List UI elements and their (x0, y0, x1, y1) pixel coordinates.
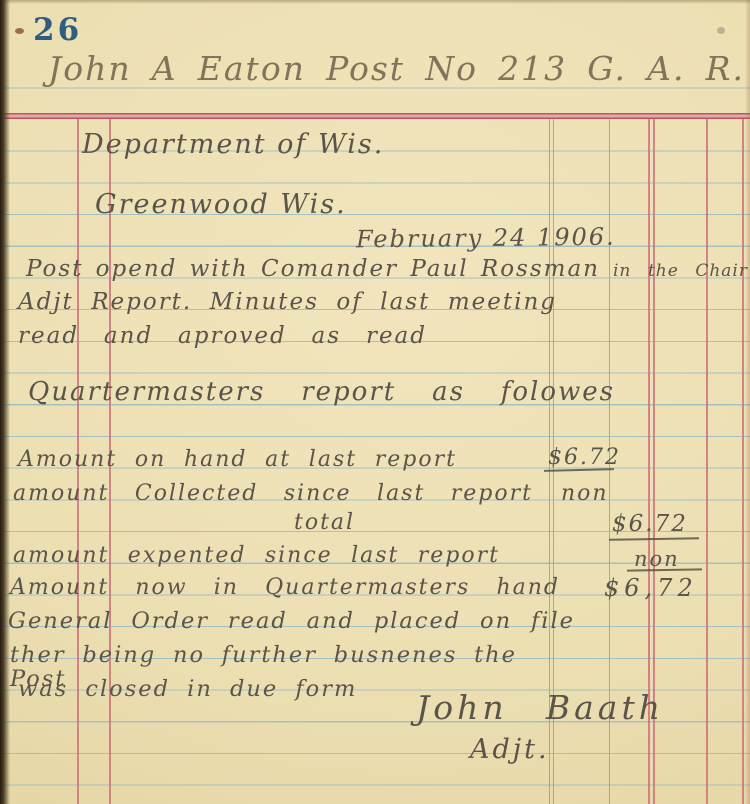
smudge-mark (717, 27, 725, 34)
value-underline (609, 537, 699, 540)
ledger-row-label: amount expented since last report (13, 544, 500, 567)
ledger-row-value: $6,72 (604, 576, 698, 601)
ledger-row-value: $6.72 (548, 446, 621, 469)
ink-speck (15, 28, 24, 34)
approved-line: read and aproved as read (18, 324, 427, 348)
department-line: Department of Wis. (82, 131, 384, 159)
page-edge-top (0, 0, 750, 4)
signature-title: Adjt. (470, 736, 550, 764)
page-edge-left (0, 0, 10, 804)
red-header-rule (0, 113, 750, 119)
ledger-row-value: non (561, 482, 609, 505)
closing-line: was closed in due form (18, 678, 357, 702)
ledger-row-label: total (294, 511, 355, 534)
ledger-row-label: Amount now in Quartermasters hand (10, 576, 560, 599)
amount-column-rule-red-3 (742, 119, 744, 804)
date-line: February 24 1906. (356, 225, 616, 253)
ledger-row-label: Amount on hand at last report (18, 448, 457, 471)
page-title: John A Eaton Post No 213 G. A. R. (48, 52, 745, 87)
adjutant-report-line: Adjt Report. Minutes of last meeting (18, 290, 557, 314)
closing-line: General Order read and placed on file (8, 610, 575, 634)
page-edge-right (745, 0, 750, 804)
ledger-page: 26 John A Eaton Post No 213 G. A. R. Dep… (0, 0, 750, 804)
amount-column-rule-red-2 (706, 119, 708, 804)
signature-name: John Baath (416, 691, 664, 726)
place-line: Greenwood Wis. (95, 191, 347, 219)
quartermaster-heading: Quartermasters report as folowes (28, 379, 615, 406)
opening-line: Post opend with Comander Paul Rossman (26, 257, 600, 281)
page-number-stamp: 26 (33, 12, 82, 48)
ledger-row-value: non (634, 548, 680, 570)
opening-line-tail: in the Chair (613, 263, 748, 281)
ledger-row-label: amount Collected since last report (13, 482, 533, 505)
ledger-row-value: $6.72 (612, 512, 688, 536)
